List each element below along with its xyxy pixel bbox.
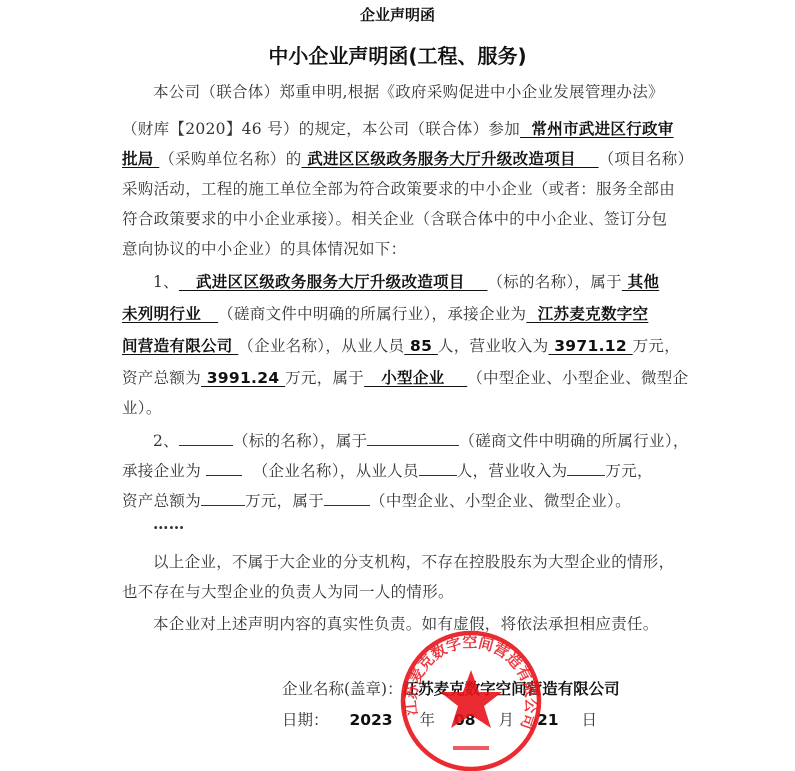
item2-line-2: 承接企业为 （企业名称），从业人员人，营业收入为万元， — [122, 459, 653, 481]
revenue-value: 3971.12 — [549, 337, 633, 355]
contractor-name: 江苏麦克数字空 — [526, 305, 648, 323]
item-text: 人，营业收入为 — [457, 462, 568, 480]
item2-line-3: 资产总额为万元，属于（中型企业、小型企业、微型企业）。 — [122, 489, 631, 511]
day-unit: 日 — [581, 711, 597, 729]
date-label: 日期： — [282, 711, 329, 729]
item1-line-2: 未列明行业 （磋商文件中明确的所属行业），承接企业为 江苏麦克数字空 — [122, 302, 648, 324]
project-name: 武进区区级政务服务大厅升级改造项目 — [302, 150, 599, 168]
contractor-name-cont: 间营造有限公司 — [122, 337, 238, 355]
item-number: 2、 — [153, 432, 179, 450]
item-text: 万元， — [605, 462, 652, 480]
blank-field — [201, 491, 245, 506]
item-text: 万元，属于 — [245, 492, 324, 510]
item-text: （中型企业、小型企业、微型企 — [467, 369, 688, 387]
item-text: （磋商文件中明确的所属行业），承接企业为 — [218, 305, 526, 323]
item1-line-1: 1、 武进区区级政务服务大厅升级改造项目 （标的名称），属于 其他 — [153, 270, 659, 292]
item-text: 人，营业收入为 — [438, 337, 549, 355]
item1-line-3: 间营造有限公司 （企业名称），从业人员 85 人，营业收入为 3971.12 万… — [122, 334, 680, 356]
enterprise-size: 小型企业 — [364, 369, 467, 387]
intro-text: （采购单位名称）的 — [159, 150, 301, 168]
intro-line-2: （财库【2020】46 号）的规定，本公司（联合体）参加 常州市武进区行政审 — [122, 117, 674, 139]
item2-line-1: 2、（标的名称），属于（磋商文件中明确的所属行业）， — [153, 429, 689, 451]
statement-2: 本企业对上述声明内容的真实性负责。如有虚假，将依法承担相应责任。 — [153, 612, 659, 634]
document-title: 中小企业声明函(工程、服务) — [0, 40, 795, 69]
document-page: 企业声明函 中小企业声明函(工程、服务) 本公司（联合体）郑重申明,根据《政府采… — [0, 0, 795, 771]
date-month: 08 — [454, 711, 476, 729]
purchaser-name: 常州市武进区行政审 — [520, 120, 674, 138]
item-text: 资产总额为 — [122, 369, 201, 387]
item-text: 承接企业为 — [122, 462, 201, 480]
ellipsis: …… — [153, 514, 185, 533]
item-text: 万元，属于 — [285, 369, 364, 387]
date-day: 21 — [537, 711, 559, 729]
item-text: （企业名称），从业人员 — [238, 337, 404, 355]
blank-field — [179, 431, 233, 446]
blank-field — [419, 461, 457, 476]
item-text: （标的名称），属于 — [487, 273, 621, 291]
industry-cont: 未列明行业 — [122, 305, 218, 323]
intro-line-3: 批局 （采购单位名称）的 武进区区级政务服务大厅升级改造项目 （项目名称） — [122, 147, 693, 169]
intro-line-5: 符合政策要求的中小企业承接）。相关企业（含联合体中的中小企业、签订分包 — [122, 207, 667, 229]
signature-company-row: 企业名称(盖章)：江苏麦克数字空间营造有限公司 — [282, 677, 620, 699]
intro-text: （财库【2020】46 号）的规定，本公司（联合体）参加 — [122, 120, 520, 138]
item-text: 资产总额为 — [122, 492, 201, 510]
statement-1-line-2: 也不存在与大型企业的负责人为同一人的情形。 — [122, 580, 454, 602]
year-unit: 年 — [420, 711, 436, 729]
employee-count: 85 — [404, 337, 438, 355]
intro-line-1: 本公司（联合体）郑重申明,根据《政府采购促进中小企业发展管理办法》 — [153, 80, 664, 102]
industry: 其他 — [622, 273, 659, 291]
item-text: （磋商文件中明确的所属行业）， — [459, 432, 688, 450]
item-text: （中型企业、小型企业、微型企业）。 — [370, 492, 631, 510]
intro-line-4: 采购活动，工程的施工单位全部为符合政策要求的中小企业（或者：服务全部由 — [122, 177, 675, 199]
blank-field — [567, 461, 605, 476]
item-text: 万元， — [633, 337, 680, 355]
intro-line-6: 意向协议的中小企业）的具体情况如下： — [122, 237, 406, 259]
signature-date-row: 日期： 2023 年 08 月 21 日 — [282, 708, 597, 730]
item-text: （标的名称），属于 — [233, 432, 367, 450]
statement-1-line-1: 以上企业，不属于大企业的分支机构，不存在控股股东为大型企业的情形， — [153, 550, 674, 572]
assets-value: 3991.24 — [201, 369, 285, 387]
purchaser-name-cont: 批局 — [122, 150, 159, 168]
intro-text: 本公司（联合体）郑重申明,根据《政府采购促进中小企业发展管理办法》 — [153, 83, 664, 101]
company-value: 江苏麦克数字空间营造有限公司 — [403, 680, 620, 698]
item1-line-4: 资产总额为 3991.24 万元，属于 小型企业 （中型企业、小型企业、微型企 — [122, 366, 688, 388]
subject-name: 武进区区级政务服务大厅升级改造项目 — [179, 273, 487, 291]
document-header: 企业声明函 — [0, 4, 795, 25]
item-text: （企业名称），从业人员 — [253, 462, 419, 480]
date-year: 2023 — [349, 711, 392, 729]
month-unit: 月 — [499, 711, 515, 729]
blank-field — [367, 431, 459, 446]
intro-text: （项目名称） — [599, 150, 694, 168]
blank-field — [324, 491, 370, 506]
item-number: 1、 — [153, 273, 179, 291]
blank-field — [206, 461, 242, 476]
company-label: 企业名称(盖章)： — [282, 680, 403, 698]
item1-line-5: 业）。 — [122, 396, 162, 418]
company-seal-icon: 江苏麦克数字空间营造有限公司 — [398, 628, 544, 771]
